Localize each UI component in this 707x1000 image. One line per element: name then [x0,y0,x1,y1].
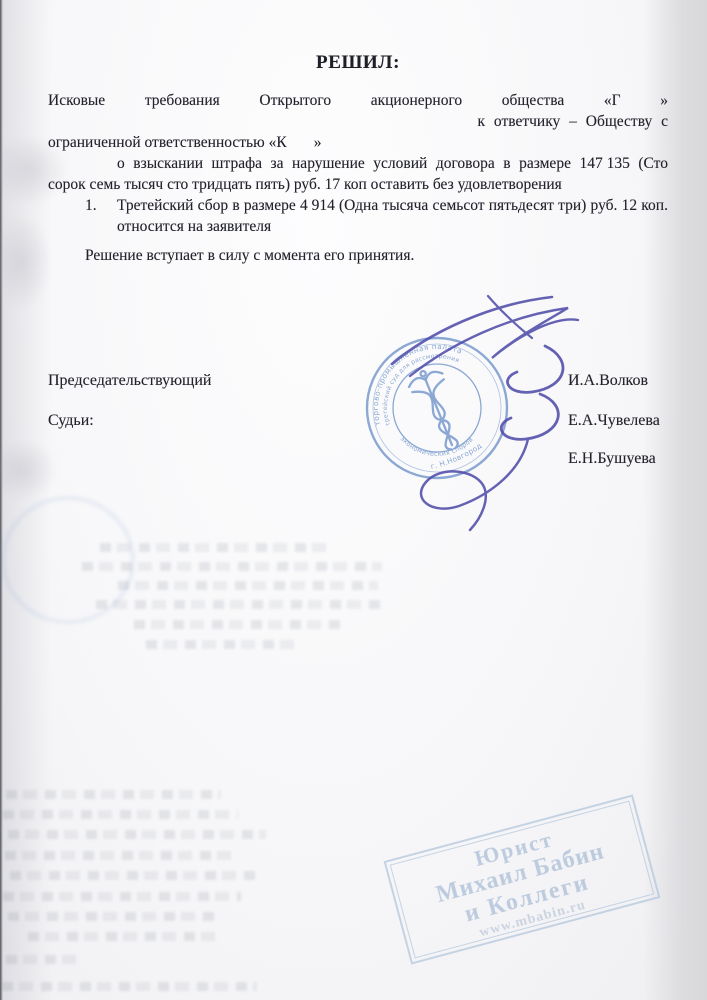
bleed-text-line [6,955,76,964]
bleed-text-line [5,851,235,860]
paragraph-claim-line2: к ответчику – Обществу с [48,111,668,132]
paragraph-claim-line3: ограниченной ответственностью «К » [48,132,668,153]
court-seal-and-signature: торгово-промышленная палата третейский с… [340,280,602,532]
watermark-border: Юрист Михаил Бабин и Коллеги www.mbabin.… [390,801,655,959]
bleed-text-line [10,871,255,880]
caduceus-icon [405,365,470,456]
list-item-fee: 1. Третейскийсборвразмере4 914(Однатысяч… [48,195,668,216]
effect-line: Решение вступает в силу с момента его пр… [48,245,668,266]
bleed-text-line [28,932,218,941]
paragraph-fine-line2: сорок семь тысяч сто тридцать пять) руб.… [48,174,668,195]
scan-smudge [0,440,58,500]
bleed-text-line [3,892,241,901]
paragraph-claim-line1: ИсковыетребованияОткрытогоакционерногооб… [48,90,668,111]
bleed-text-line [96,600,386,609]
bleed-text-line [8,830,266,839]
bleed-text-line [6,790,221,799]
bleed-text-line [2,982,257,991]
list-item-fee-line1: Третейскийсборвразмере4 914(Однатысячасе… [117,195,668,216]
document-body: ИсковыетребованияОткрытогоакционерногооб… [48,90,668,266]
handwritten-signature [392,296,578,530]
list-item-number: 1. [85,195,97,216]
bleed-text-line [3,810,238,819]
round-seal: торгово-промышленная палата третейский с… [346,317,528,499]
bleed-text-line [8,912,218,921]
paragraph-fine-line1: овзысканииштрафазанарушениеусловийдогово… [48,153,668,174]
list-item-fee-line2: относится на заявителя [48,216,668,237]
page-title: РЕШИЛ: [48,52,668,74]
lawyer-watermark-stamp: Юрист Михаил Бабин и Коллеги www.mbabin.… [384,794,661,964]
bleed-text-line [100,543,330,552]
judges-label: Судьи: [48,412,94,430]
presiding-label: Председательствующий [48,372,211,390]
bleed-text-line [146,640,296,649]
scan-smudge [0,215,52,310]
bleed-text-line [134,620,344,629]
bleed-text-line [118,581,378,590]
scanned-page: РЕШИЛ: ИсковыетребованияОткрытогоакционе… [0,0,707,1000]
bleed-text-line [82,562,382,571]
